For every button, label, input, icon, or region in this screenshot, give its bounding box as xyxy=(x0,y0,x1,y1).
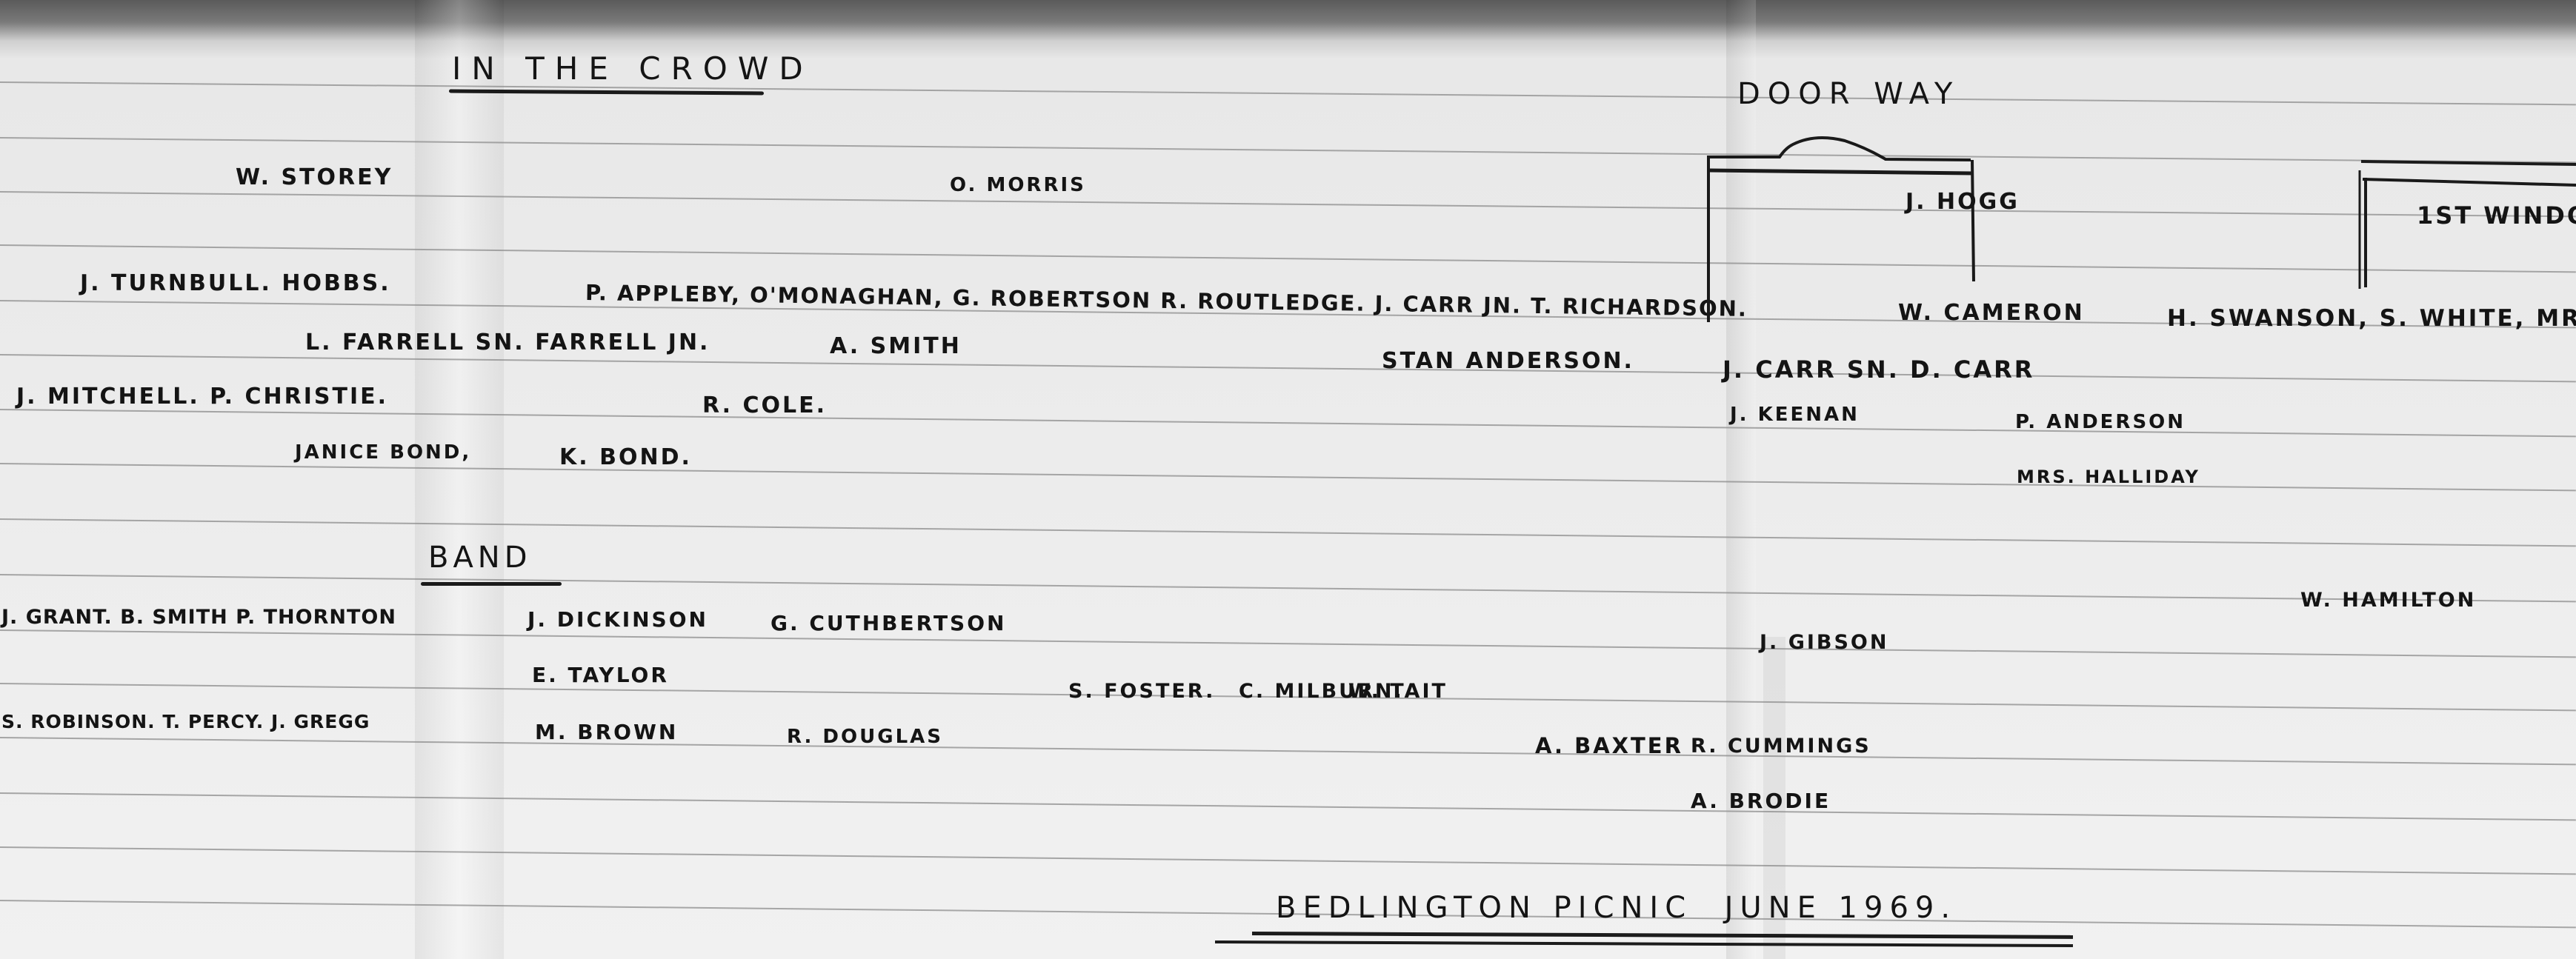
name-entry: A. Baxter xyxy=(1535,733,1683,758)
ruled-line xyxy=(0,629,2576,658)
name-entry: R. Douglas xyxy=(787,726,943,748)
ruled-line xyxy=(0,137,2576,163)
name-entry: W. Storey xyxy=(236,164,393,190)
name-entry: R. Cole. xyxy=(702,392,827,418)
name-entry: J. Dickinson xyxy=(527,607,708,632)
name-entry: S. Foster. xyxy=(1068,680,1215,703)
name-entry: M. Brown xyxy=(535,720,678,744)
ruled-line xyxy=(0,737,2576,765)
name-entry: Mrs. Halliday xyxy=(2017,467,2200,487)
name-entry: A. Brodie xyxy=(1691,789,1831,813)
doorway-sketch xyxy=(1697,126,2060,326)
name-entry: W. Hamilton xyxy=(2300,589,2476,612)
name-entry: G. Cuthbertson xyxy=(771,611,1006,635)
name-entry: A. Smith xyxy=(830,333,962,359)
ruled-line xyxy=(0,191,2576,217)
name-entry: J. Turnbull. Hobbs. xyxy=(80,270,391,296)
fold-shadow xyxy=(415,0,504,959)
name-entry: P. Appleby, O'Monaghan, G. Robertson R. … xyxy=(585,280,1748,321)
section-heading-first-window: 1st Window xyxy=(2417,201,2576,230)
name-entry: W. Tait xyxy=(1348,680,1448,703)
name-entry: R. Cummings xyxy=(1691,735,1871,758)
ruled-line xyxy=(0,409,2576,437)
name-entry: Janice Bond, xyxy=(295,441,471,464)
name-entry: K. Bond. xyxy=(559,444,692,470)
title-underline xyxy=(1215,940,2073,947)
name-entry: S. Robinson. T. Percy. J. Gregg xyxy=(1,711,370,732)
name-entry: L. Farrell Sn. Farrell Jn. xyxy=(305,330,710,355)
ruled-line xyxy=(0,518,2576,547)
name-entry: J. Keenan xyxy=(1730,404,1860,426)
name-entry: P. Anderson xyxy=(2015,411,2186,433)
name-entry: W. Cameron xyxy=(1898,300,2085,326)
ruled-line xyxy=(0,792,2576,821)
ruled-line xyxy=(0,244,2576,273)
name-entry: J. Mitchell. P. Christie. xyxy=(16,384,388,410)
section-heading-in-the-crowd: In the Crowd xyxy=(452,50,813,87)
ruled-line xyxy=(0,846,2576,875)
name-entry: J. Gibson xyxy=(1760,631,1889,654)
ruled-line xyxy=(0,354,2576,382)
section-heading-band: Band xyxy=(428,541,532,575)
name-entry: E. Taylor xyxy=(532,663,669,687)
name-entry: J. Carr Sn. D. Carr xyxy=(1723,355,2034,384)
name-entry: H. Swanson, S. White, Mr xyxy=(2167,305,2576,332)
section-heading-door-way: Door Way xyxy=(1737,77,1960,111)
name-entry: O. Morris xyxy=(950,174,1086,196)
name-entry: J. Hogg xyxy=(1906,189,2020,215)
name-entry: J. Grant. B. Smith P. Thornton xyxy=(1,606,396,629)
ruled-line xyxy=(0,574,2576,602)
heading-underline xyxy=(449,90,764,96)
heading-underline xyxy=(421,582,562,586)
ruled-line xyxy=(0,81,2576,105)
document-title: Bedlington Picnic June 1969. xyxy=(1276,891,1957,925)
name-entry: Stan Anderson. xyxy=(1382,348,1634,374)
title-underline xyxy=(1252,932,2073,939)
handwritten-seating-plan: In the Crowd W. Storey O. Morris J. Turn… xyxy=(0,0,2576,959)
